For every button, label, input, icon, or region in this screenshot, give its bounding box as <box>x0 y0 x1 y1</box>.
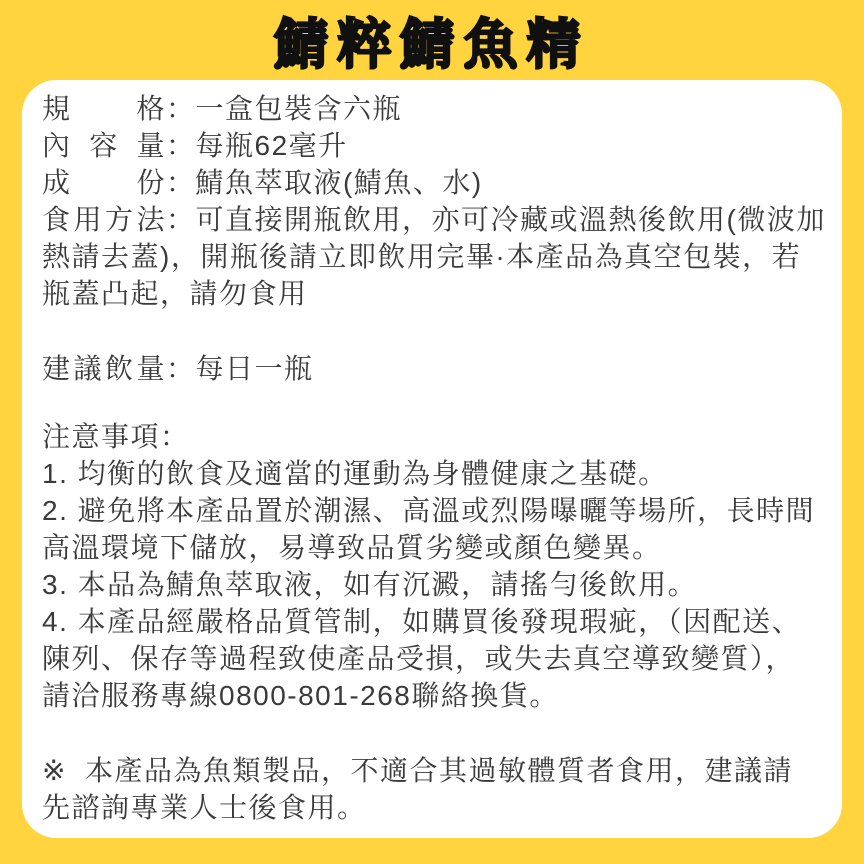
spec-label: 規格 <box>42 90 166 127</box>
colon: ： <box>166 90 196 127</box>
daily-intake-row: 建議飲量：每日一瓶 <box>42 350 822 387</box>
notes-heading: 注意事項： <box>42 418 822 455</box>
note-2-line-1: 2. 避免將本產品置於潮濕、高溫或烈陽曝曬等場所，長時間 <box>42 492 822 529</box>
spec-row-volume: 內容量：每瓶62毫升 <box>42 127 822 164</box>
daily-intake-value: 每日一瓶 <box>196 350 314 387</box>
note-4-line-3: 請洽服務專線0800-801-268聯絡換貨。 <box>42 677 822 714</box>
allergy-footnote-line-1: ※本產品為魚類製品，不適合其過敏體質者食用，建議請 <box>42 752 822 789</box>
spec-value: 鯖魚萃取液(鯖魚、水) <box>196 164 483 201</box>
note-1: 1. 均衡的飲食及適當的運動為身體健康之基礎。 <box>42 455 822 492</box>
spec-row-specification: 規格：一盒包裝含六瓶 <box>42 90 822 127</box>
allergy-footnote-line-2: 先諮詢專業人士後食用。 <box>42 789 822 826</box>
product-info-panel: 規格：一盒包裝含六瓶 內容量：每瓶62毫升 成份：鯖魚萃取液(鯖魚、水) 食用方… <box>22 80 842 838</box>
spec-value: 一盒包裝含六瓶 <box>196 90 403 127</box>
colon: ： <box>166 127 196 164</box>
colon: ： <box>166 164 196 201</box>
usage-line-1: 食用方法：可直接開瓶飲用，亦可冷藏或溫熱後飲用(微波加 <box>42 201 822 238</box>
colon: ： <box>166 201 196 238</box>
usage-line-2: 熱請去蓋)，開瓶後請立即飲用完畢·本產品為真空包裝，若 <box>42 238 822 275</box>
usage-text: 可直接開瓶飲用，亦可冷藏或溫熱後飲用(微波加 <box>196 201 826 238</box>
daily-intake-label: 建議飲量 <box>42 350 166 387</box>
usage-line-3: 瓶蓋凸起，請勿食用 <box>42 275 822 312</box>
footnote-text: 本產品為魚類製品，不適合其過敏體質者食用，建議請 <box>85 752 793 789</box>
spec-value: 每瓶62毫升 <box>196 127 348 164</box>
note-3: 3. 本品為鯖魚萃取液，如有沉澱，請搖勻後飲用。 <box>42 566 822 603</box>
note-2-line-2: 高溫環境下儲放，易導致品質劣變或顏色變異。 <box>42 529 822 566</box>
colon: ： <box>166 350 196 387</box>
page-title: 鯖粹鯖魚精 <box>275 2 590 79</box>
note-4-line-2: 陳列、保存等過程致使產品受損，或失去真空導致變質）， <box>42 640 822 677</box>
spec-label: 內容量 <box>42 127 166 164</box>
title-bar: 鯖粹鯖魚精 <box>0 0 864 80</box>
note-4-line-1: 4. 本產品經嚴格品質管制，如購買後發現瑕疵，（因配送、 <box>42 603 822 640</box>
reference-mark: ※ <box>42 752 67 789</box>
spec-row-ingredients: 成份：鯖魚萃取液(鯖魚、水) <box>42 164 822 201</box>
spec-label: 成份 <box>42 164 166 201</box>
usage-label: 食用方法 <box>42 201 166 238</box>
